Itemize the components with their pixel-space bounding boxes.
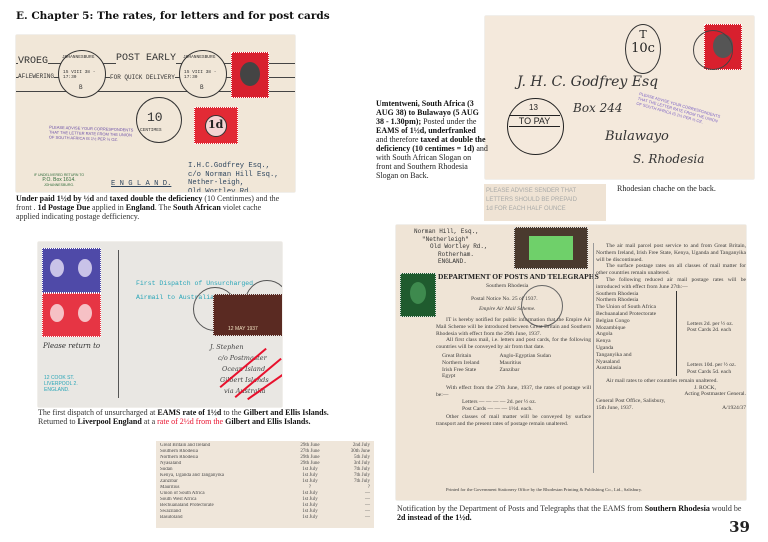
tax-mark-10-centimes: 10 CENTIMES <box>136 97 182 143</box>
stamp-coronation-1-5d: 12 MAY 1937 <box>213 294 282 336</box>
violet-cachet: PLEASE ADVISE YOUR CORRESPONDENTSTHAT TH… <box>49 125 134 143</box>
notice-printer: Printed for the Government Stationery Of… <box>446 487 642 494</box>
to-pay-mark: 13 TO PAY <box>507 98 564 155</box>
stamp-gilbert-ellice-1-5d-red <box>42 293 101 337</box>
row-country: Basutoland <box>160 515 280 521</box>
return-handwritten: Please return to <box>43 342 100 350</box>
address-line-3: Bulawayo <box>605 129 669 144</box>
caption-chache: Rhodesian chache on the back. <box>617 184 716 193</box>
notice-body-left: IT is hereby notified for public informa… <box>436 317 591 428</box>
postal-notice: Norman Hill, Esq.,"Netherleigh"Old Wortl… <box>396 225 746 500</box>
slogan-aflewering: AFLEWERING <box>18 73 54 80</box>
return-address: 12 COOK ST.LIVERPOOL 2.ENGLAND. <box>44 375 78 393</box>
postmark-johannesburg-2: JOHANNESBURG 15 VIII 38 - 17:30 B <box>179 50 227 98</box>
stamp-sa-1d-red <box>231 52 269 98</box>
address-line-4: S. Rhodesia <box>633 152 704 166</box>
stamp-southern-rhodesia-coronation <box>514 227 588 269</box>
cover-johannesburg: VROEG AFLEWERING JOHANNESBURG 15 VIII 38… <box>16 35 295 192</box>
cover-umtentweni: T 10c J. H. C. Godfrey Esq Box 244 Bulaw… <box>485 16 754 179</box>
postage-due-1d: 1d <box>194 107 238 144</box>
violet-cachet: PLEASE ADVISE YOUR CORRESPONDENTSTHAT TH… <box>636 91 721 129</box>
row-date: 1st July <box>285 515 335 521</box>
caption-cover-2: Umtentweni, South Africa (3 AUG 38) to B… <box>376 99 488 180</box>
stamp-gb-green <box>400 273 436 317</box>
schedule-table: Great Britain and Ireland29th June2nd Ju… <box>156 441 374 528</box>
stamp-gilbert-ellice-1d-blue <box>42 248 101 293</box>
return-address: IF UNDELIVERED RETURN TOP.O. Box 1614.JO… <box>24 173 94 188</box>
table-row: Basutoland1st July— <box>160 515 370 521</box>
caption-cover-3: The first dispatch of unsurcharged at EA… <box>38 408 338 426</box>
row-note: — <box>340 515 370 521</box>
cover-gilbert-ellis: First Dispatch of UnsurchargedAirmail to… <box>38 242 282 407</box>
address-line-1: J. H. C. Godfrey Esq <box>517 74 658 90</box>
postmark-johannesburg-1: JOHANNESBURG 15 VIII 38 - 17:30 B <box>58 50 106 98</box>
country-england: E N G L A N D. <box>111 180 171 189</box>
page-title: E. Chapter 5: The rates, for letters and… <box>16 10 330 22</box>
addressee: I.H.C.Godfrey Esq.,c/o Norman Hill Esq.,… <box>188 145 279 192</box>
slogan-post-early: POST EARLY <box>116 53 176 64</box>
notice-body-right: The air mail parcel post service to and … <box>596 243 746 412</box>
slogan-quick-delivery: FOR QUICK DELIVERY <box>110 74 175 81</box>
notice-heading: DEPARTMENT OF POSTS AND TELEGRAPHS <box>438 272 599 281</box>
tax-mark-t-10c: T 10c <box>625 24 661 74</box>
page-number: 39 <box>729 518 750 536</box>
rhodesian-chache: PLEASE ADVISE SENDER THATLETTERS SHOULD … <box>484 184 606 221</box>
slogan-vroeg: VROEG <box>18 56 48 67</box>
postmark-umtentweni <box>693 30 733 70</box>
address-line-2: Box 244 <box>573 101 623 115</box>
caption-notice: Notification by the Department of Posts … <box>397 504 747 522</box>
notice-addressee: Norman Hill, Esq.,"Netherleigh"Old Wortl… <box>414 228 488 266</box>
caption-cover-1: Under paid 1½d by ½d and taxed double th… <box>16 194 286 221</box>
